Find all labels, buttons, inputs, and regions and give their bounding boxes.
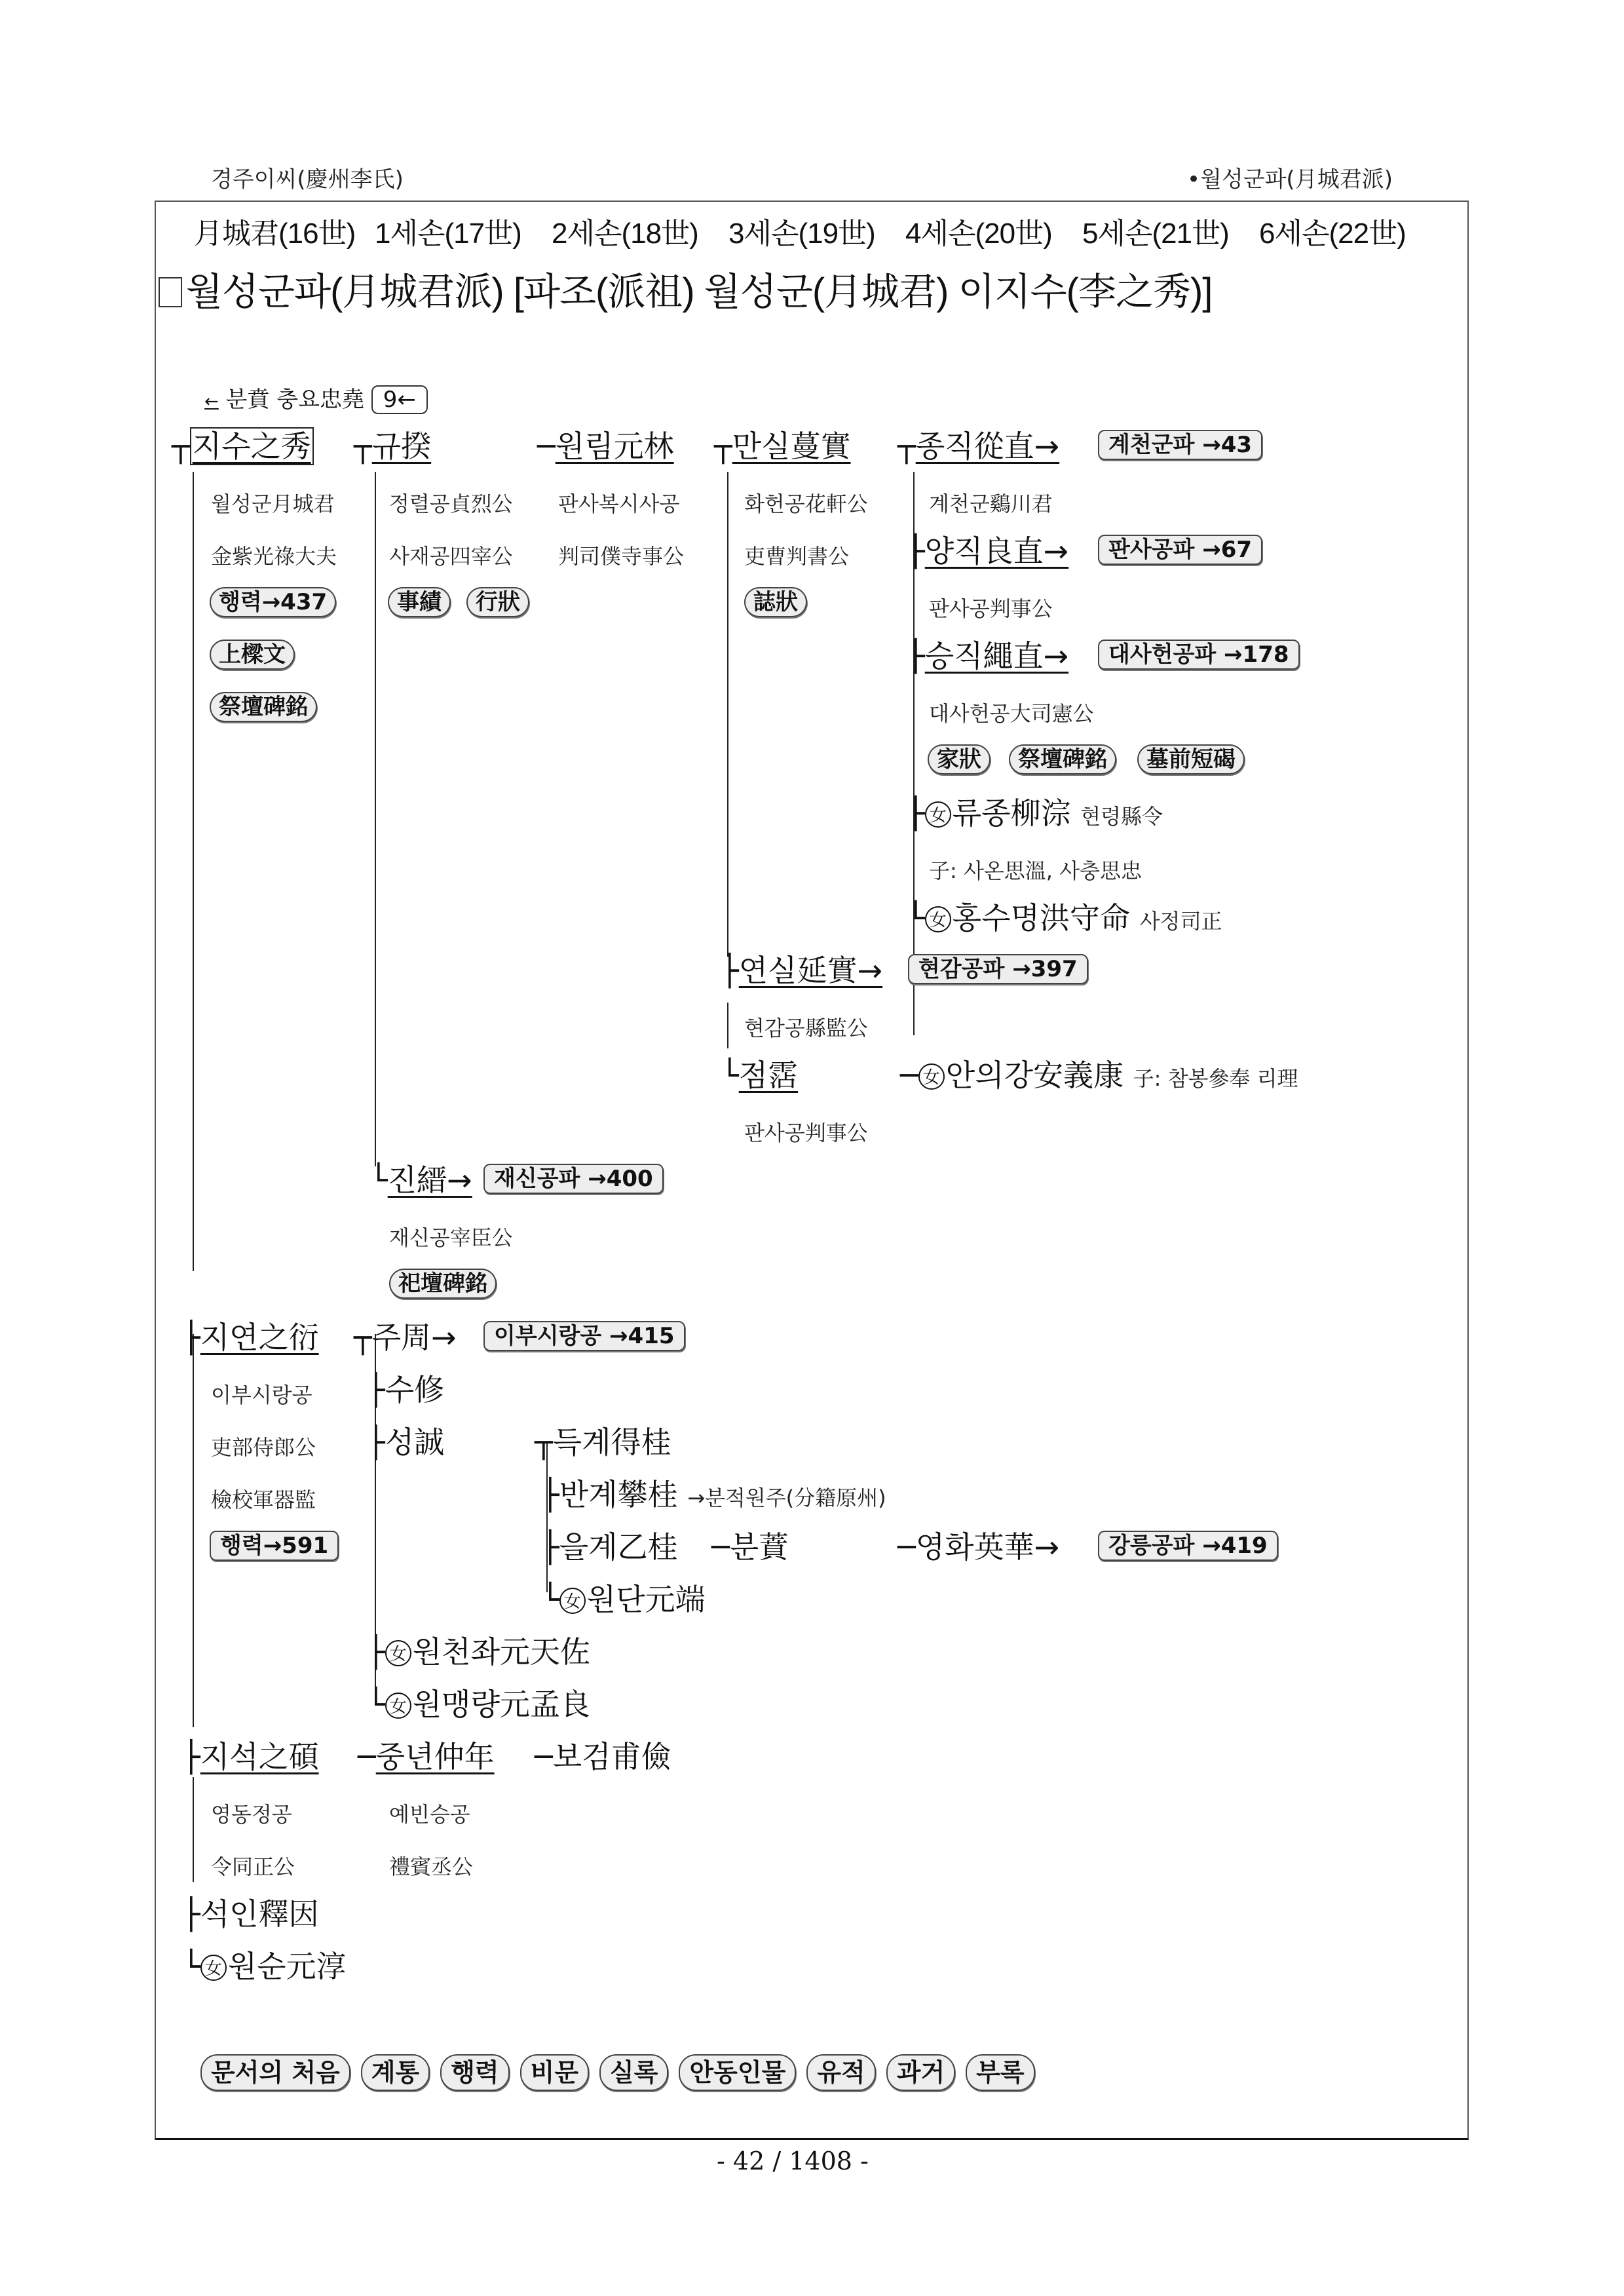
generation-3: 3세손(19世) [728,210,875,252]
title-yeonsil-1: 현감공縣監公 [744,1012,868,1042]
children-ryujong: 子: 사온思溫, 사충思忠 [929,854,1142,885]
branch-link-pansagong[interactable]: 판사공파 →67 [1098,535,1262,565]
female-icon: 女 [918,1063,945,1090]
tag-myojeondangal[interactable]: 墓前短碣 [1137,744,1245,775]
person-jungnyeon[interactable]: ─중년仲年 [358,1733,495,1776]
title-jiyeon-2: 吏部侍郎公 [211,1431,316,1461]
tag-haengryeok-591[interactable]: 행력→591 [210,1531,339,1561]
tag-sangryangmun[interactable]: 上樑文 [210,640,295,670]
tag-gajang[interactable]: 家狀 [928,744,991,775]
page-number: - 42 / 1408 - [717,2147,869,2175]
person-jiyeon[interactable]: ├지연之衍 [182,1314,319,1357]
title-mansil-1: 화헌공花軒公 [744,488,868,518]
connector-line [727,1003,728,1048]
generation-0: 月城君(16世) [194,210,355,252]
person-wonmaengryang[interactable]: └女원맹량元孟良 [367,1681,590,1724]
nav-exam[interactable]: 과거 [886,2054,955,2091]
connector-line [727,472,728,957]
tag-sadanbimyeong[interactable]: 祀壇碑銘 [389,1269,497,1299]
nav-relics[interactable]: 유적 [806,2054,875,2091]
title-mansil-2: 吏曹判書公 [744,540,849,570]
note-hongsumyeong: 사정司正 [1140,909,1222,934]
female-icon: 女 [385,1693,411,1719]
title-jiyeon-3: 檢校軍器監 [211,1483,316,1514]
nav-biography[interactable]: 행력 [440,2054,509,2091]
person-ryujong[interactable]: ├女류종柳淙 현령縣令 [907,790,1163,833]
header-family: 경주이씨(慶州李氏) [211,161,404,193]
branch-link-ibusiranggong[interactable]: 이부시랑공 →415 [483,1321,685,1351]
note-ryujong: 현령縣令 [1080,804,1163,829]
title-wonrim-1: 판사복시사공 [558,488,679,518]
tag-haengjang[interactable]: 行狀 [466,587,529,617]
person-ju[interactable]: ┬주周→ [354,1314,457,1357]
connector-line [193,1777,194,1882]
person-woncheonjwa[interactable]: ├女원천좌元天佐 [367,1628,590,1672]
header-branch: •월성군파(月城君派) [1187,161,1393,193]
title-jiseok-1: 영동정공 [211,1798,292,1828]
tag-sajeok[interactable]: 事績 [388,587,451,617]
person-wondan[interactable]: └女원단元端 [541,1576,706,1619]
person-jeom[interactable]: └점霑 [721,1052,798,1095]
branch-link-gyecheongun[interactable]: 계천군파 →43 [1098,430,1262,460]
person-seungjik[interactable]: ├승직繩直→ [907,632,1068,676]
connector-line [193,472,194,1271]
generation-6: 6세손(22世) [1259,210,1406,252]
person-jisu[interactable]: ┬지수之秀 [172,423,314,466]
title-jin-1: 재신공宰臣公 [389,1221,513,1252]
person-yeonsil[interactable]: ├연실延實→ [721,947,882,990]
person-yeonghwa[interactable]: ─영화英華→ [897,1523,1059,1567]
person-yangjik[interactable]: ├양직良直→ [907,527,1068,571]
female-icon: 女 [200,1955,227,1981]
ancestor-page-link[interactable]: 9← [371,385,428,414]
branch-link-gangneunggong[interactable]: 강릉공파 →419 [1098,1531,1278,1561]
nav-document-start[interactable]: 문서의 처음 [200,2054,350,2091]
person-su[interactable]: ├수修 [367,1366,444,1409]
title-jongjik-1: 계천군鷄川君 [929,488,1053,518]
person-jin[interactable]: └진縉→ [369,1157,472,1200]
generation-1: 1세손(17世) [375,210,521,252]
person-seong[interactable]: ├성誠 [367,1419,444,1462]
person-seogin[interactable]: ├석인釋因 [182,1890,319,1934]
title-wonrim-2: 判司僕寺事公 [558,540,684,570]
title-gyu-1: 정렬공貞烈公 [389,488,513,518]
female-icon: 女 [925,906,951,932]
tag-jijang[interactable]: 誌狀 [744,587,807,617]
person-jiseok[interactable]: ├지석之碩 [182,1733,319,1776]
person-wonrim[interactable]: ─원림元林 [537,423,674,466]
title-jungnyeon-2: 禮賓丞公 [389,1850,473,1881]
connector-line [193,1334,194,1727]
person-bangye[interactable]: ├반계攀桂 →분적원주(分籍原州) [541,1471,886,1514]
title-jiseok-2: 令同正公 [211,1850,295,1881]
back-arrow-icon[interactable]: ← [204,392,219,411]
page-title-text: 월성군파(月城君派) [파조(派祖) 월성군(月城君) 이지수(李之秀)] [186,271,1212,313]
connector-line [546,1442,548,1592]
person-gyu[interactable]: ┬규揆 [354,423,431,466]
person-deukgye[interactable]: ┬득계得桂 [535,1419,671,1462]
note-bangye: →분적원주(分籍原州) [687,1485,886,1510]
generation-2: 2세손(18世) [552,210,698,252]
title-jisu-2: 金紫光祿大夫 [211,540,337,570]
generation-4: 4세손(20世) [905,210,1052,252]
title-seungjik-1: 대사헌공大司憲公 [929,697,1094,727]
person-eulgye[interactable]: ├을계乙桂 [541,1523,678,1567]
title-jeom-1: 판사공判事公 [744,1117,868,1147]
connector-line [375,472,376,1166]
nav-andong-people[interactable]: 안동인물 [679,2054,796,2091]
tag-jedanbimyeong[interactable]: 祭壇碑銘 [210,692,317,722]
female-icon: 女 [925,801,951,828]
branch-link-hyeongamgong[interactable]: 현감공파 →397 [908,954,1088,984]
title-jisu-1: 월성군月城君 [211,488,335,518]
person-anuigang[interactable]: ─女안의강安義康 子: 참봉參奉 리理 [900,1052,1298,1095]
ancestor-ref: ← 분賁 충요忠堯 9← [204,381,428,414]
nav-annals[interactable]: 실록 [599,2054,668,2091]
page-title: 월성군파(月城君派) [파조(派祖) 월성군(月城君) 이지수(李之秀)] [159,261,1212,316]
person-wonsun[interactable]: └女원순元淳 [182,1943,347,1986]
title-gyu-2: 사재공四宰公 [389,540,513,570]
tag-jedanbimyeong-2[interactable]: 祭壇碑銘 [1009,744,1116,775]
generation-5: 5세손(21世) [1082,210,1229,252]
person-bun[interactable]: ─분蕡 [711,1523,789,1567]
person-jongjik[interactable]: ┬종직從直→ [897,423,1059,466]
title-jungnyeon-1: 예빈승공 [389,1798,470,1828]
tag-haengryeok-437[interactable]: 행력→437 [210,587,336,617]
title-yangjik-1: 판사공判事公 [929,592,1053,622]
branch-link-jaesingong[interactable]: 재신공파 →400 [483,1164,664,1194]
ancestor-name: 분賁 충요忠堯 [226,387,364,413]
female-icon: 女 [385,1640,411,1666]
nav-lineage[interactable]: 계통 [361,2054,430,2091]
nav-appendix[interactable]: 부록 [966,2054,1034,2091]
bottom-nav: 문서의 처음 계통 행력 비문 실록 안동인물 유적 과거 부록 [200,2054,1035,2091]
nav-inscription[interactable]: 비문 [520,2054,589,2091]
note-anuigang: 子: 참봉參奉 리理 [1133,1066,1298,1091]
person-mansil[interactable]: ┬만실蔓實 [714,423,851,466]
female-icon: 女 [559,1588,586,1614]
checkbox-icon [159,277,182,307]
title-jiyeon-1: 이부시랑공 [211,1379,312,1409]
person-hongsumyeong[interactable]: └女홍수명洪守命 사정司正 [907,894,1222,938]
person-bogeom[interactable]: ─보검甫儉 [535,1733,671,1776]
branch-link-daesaheongong[interactable]: 대사헌공파 →178 [1098,640,1300,670]
